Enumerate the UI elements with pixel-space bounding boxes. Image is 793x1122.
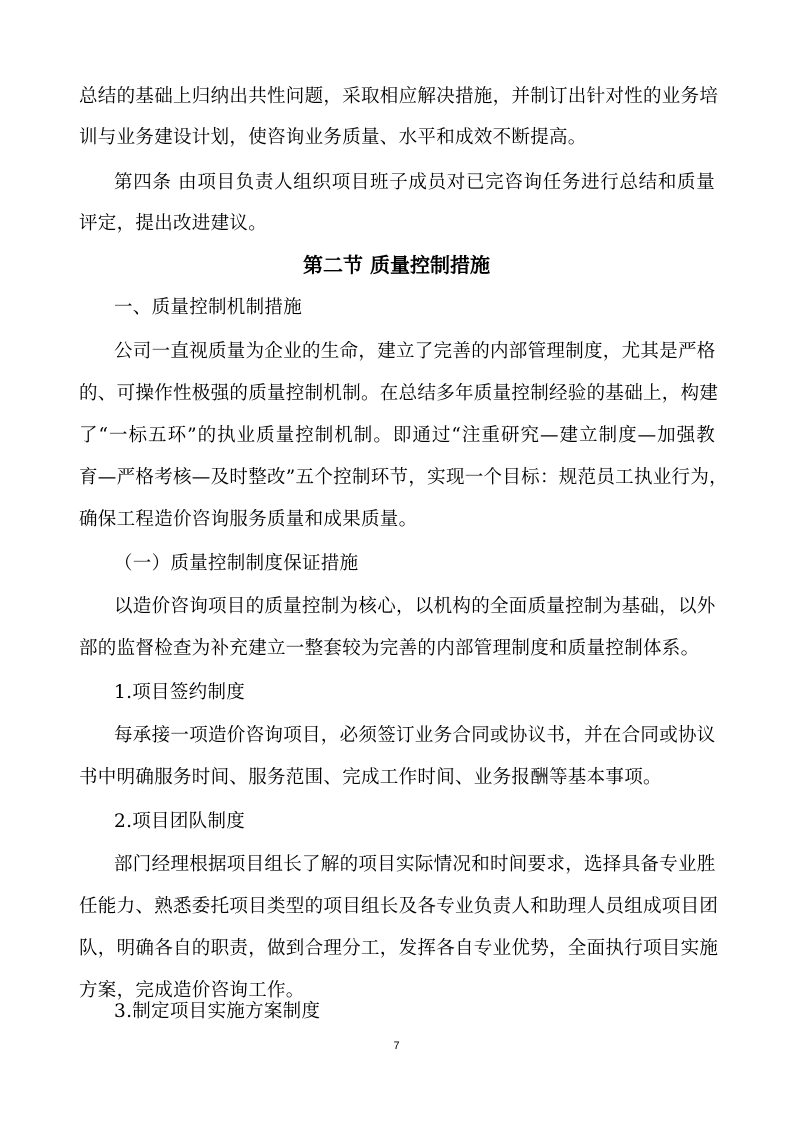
- paragraph-line: 育—严格考核—及时整改”五个控制环节，实现一个目标：规范员工执业行为，: [79, 466, 715, 490]
- paragraph-line: 队，明确各自的职责，做到合理分工，发挥各自专业优势，全面执行项目实施: [79, 937, 715, 961]
- paragraph-line: 以造价咨询项目的质量控制为核心，以机构的全面质量控制为基础，以外: [114, 595, 715, 619]
- article-four-line: 第四条 由项目负责人组织项目班子成员对已完咨询任务进行总结和质量: [114, 171, 715, 195]
- paragraph-line: 部的监督检查为补充建立一整套较为完善的内部管理制度和质量控制体系。: [79, 637, 715, 661]
- item-1-title: 1.项目签约制度: [114, 681, 715, 705]
- paragraph-line: 了“一标五环”的执业质量控制机制。即通过“注重研究—建立制度—加强教: [79, 424, 715, 448]
- item-2-title: 2.项目团队制度: [114, 810, 715, 834]
- document-page: 总结的基础上归纳出共性问题，采取相应解决措施，并制订出针对性的业务培 训与业务建…: [0, 0, 793, 1122]
- section-heading: 第二节 质量控制措施: [0, 252, 793, 278]
- paragraph-line: 总结的基础上归纳出共性问题，采取相应解决措施，并制订出针对性的业务培: [79, 85, 715, 109]
- paragraph-line: 确保工程造价咨询服务质量和成果质量。: [79, 508, 715, 532]
- paragraph-line: 公司一直视质量为企业的生命，建立了完善的内部管理制度，尤其是严格: [114, 340, 715, 364]
- paragraph-line: 每承接一项造价咨询项目，必须签订业务合同或协议书，并在合同或协议: [114, 724, 715, 748]
- page-number: 7: [0, 1040, 793, 1052]
- item-3-title: 3.制定项目实施方案制度: [114, 1000, 715, 1024]
- paragraph-line: 训与业务建设计划，使咨询业务质量、水平和成效不断提高。: [79, 126, 715, 150]
- paragraph-line: 任能力、熟悉委托项目类型的项目组长及各专业负责人和助理人员组成项目团: [79, 895, 715, 919]
- paragraph-line: 书中明确服务时间、服务范围、完成工作时间、业务报酬等基本事项。: [79, 766, 715, 790]
- paragraph-line: 的、可操作性极强的质量控制机制。在总结多年质量控制经验的基础上，构建: [79, 382, 715, 406]
- paragraph-line: 部门经理根据项目组长了解的项目实际情况和时间要求，选择具备专业胜: [114, 853, 715, 877]
- subheading-system: （一）质量控制制度保证措施: [114, 552, 715, 576]
- paragraph-line: 评定，提出改进建议。: [79, 212, 715, 236]
- subheading-mechanism: 一、质量控制机制措施: [114, 296, 715, 320]
